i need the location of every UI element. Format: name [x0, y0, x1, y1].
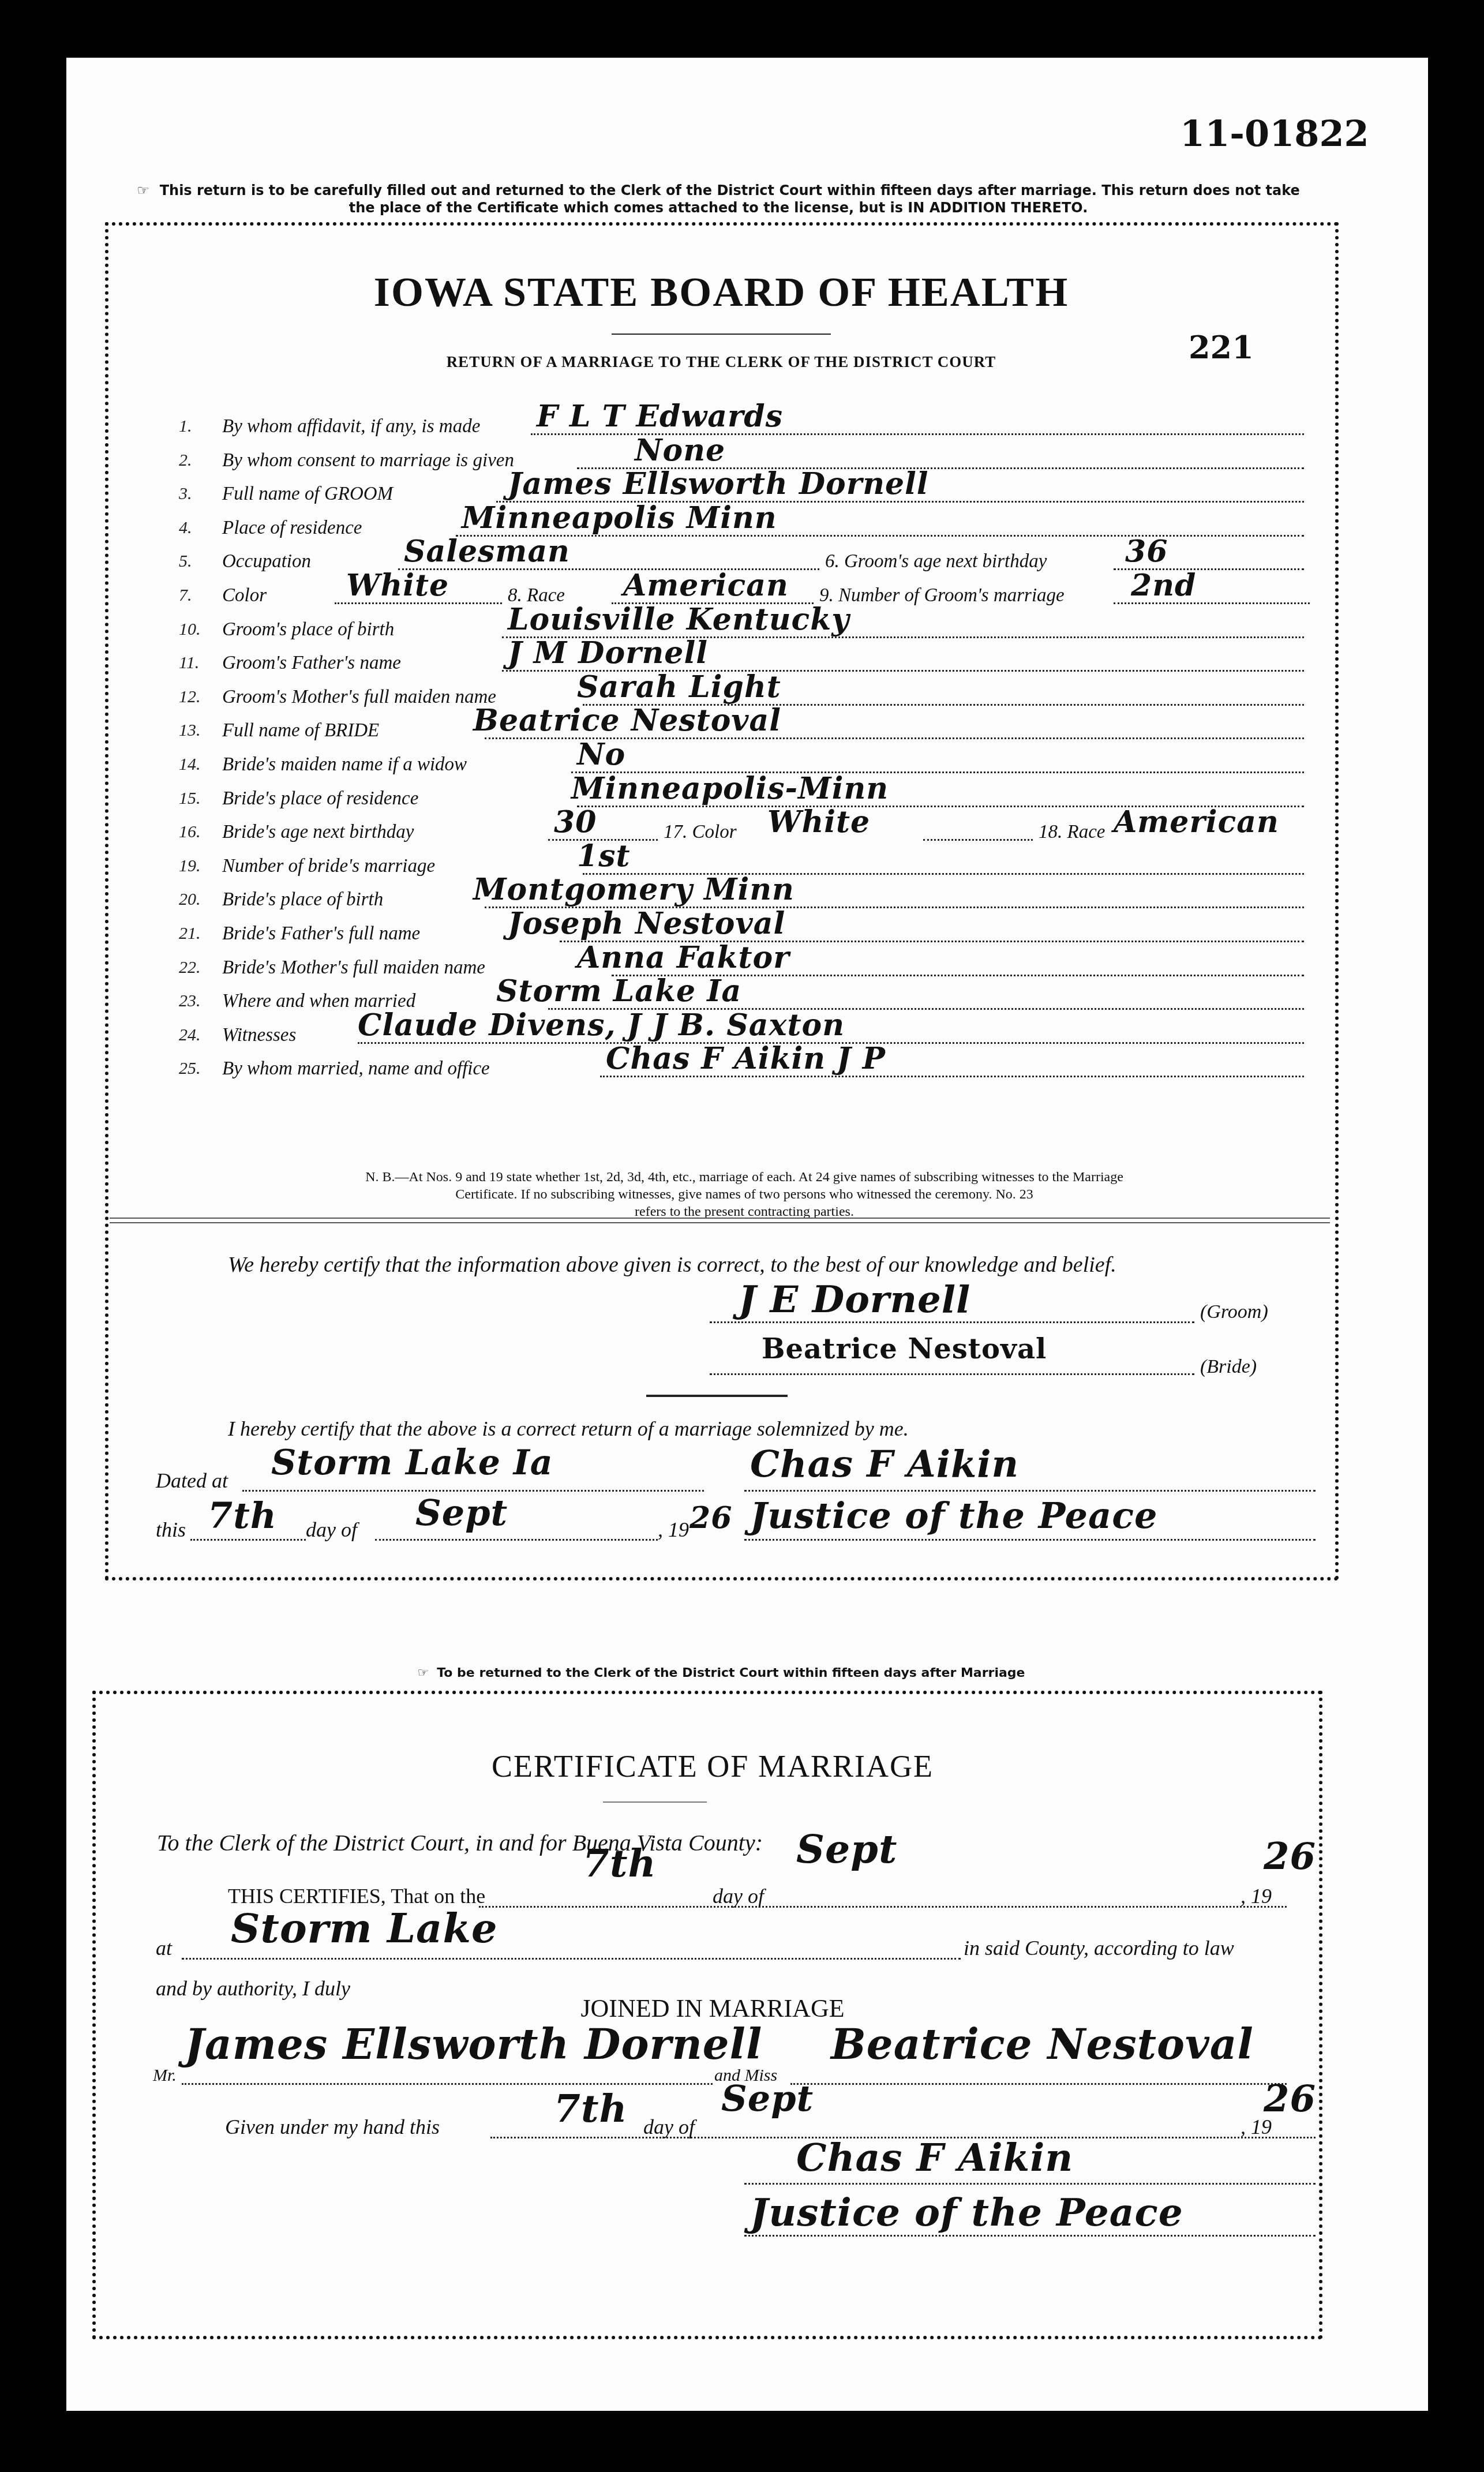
field-label: Place of residence	[222, 518, 362, 539]
bride-name-line	[790, 2083, 1287, 2085]
field-value: Minneapolis Minn	[462, 500, 777, 535]
certificate-place-value: Storm Lake	[231, 1904, 498, 1952]
dated-at-value: Storm Lake Ia	[271, 1443, 553, 1483]
certificate-officiant-signature: Chas F Aikin	[796, 2135, 1073, 2180]
pointing-hand-icon: ☞	[137, 182, 149, 198]
officiant-certification: I hereby certify that the above is a cor…	[228, 1417, 909, 1441]
given-month-value: Sept	[721, 2077, 814, 2119]
record-number: 221	[1189, 329, 1254, 366]
section-rule	[646, 1395, 788, 1397]
nb-divider-2	[110, 1222, 1330, 1223]
certificate-title-rule	[603, 1801, 707, 1803]
given-label: Given under my hand this	[225, 2115, 440, 2139]
day-value: 7th	[208, 1495, 277, 1537]
field-value: Joseph Nestoval	[508, 906, 785, 941]
field-label: Groom's place of birth	[222, 619, 394, 641]
certificate-officiant-title: Justice of the Peace	[750, 2190, 1183, 2235]
certificate-bride-name: Beatrice Nestoval	[831, 2020, 1254, 2069]
field-row: 25.By whom married, name and officeChas …	[179, 1051, 1310, 1084]
field-value: Beatrice Nestoval	[473, 703, 781, 738]
given-day-of-label: day of	[643, 2115, 695, 2139]
certificate-day-of-label: day of	[713, 1884, 764, 1908]
field-number: 14.	[179, 755, 219, 774]
at-label: at	[156, 1936, 172, 1960]
pointing-hand-icon: ☞	[418, 1666, 429, 1680]
field-number: 1.	[179, 417, 219, 436]
field-label: By whom affidavit, if any, is made	[222, 416, 480, 437]
field-number: 15.	[179, 789, 219, 808]
field-row: 13.Full name of BRIDEBeatrice Nestoval	[179, 713, 1310, 746]
field-number: 13.	[179, 721, 219, 740]
field-value: James Ellsworth Dornell	[508, 466, 929, 501]
month-line	[375, 1539, 658, 1541]
officiant-title-line	[744, 1539, 1316, 1541]
day-line	[190, 1539, 306, 1541]
field-label: Bride's age next birthday	[222, 822, 414, 843]
field-number: 25.	[179, 1059, 219, 1078]
dated-at-label: Dated at	[156, 1469, 228, 1493]
field-row: 1.By whom affidavit, if any, is madeF L …	[179, 409, 1310, 442]
nb-note: N. B.—At Nos. 9 and 19 state whether 1st…	[173, 1168, 1316, 1220]
given-day-value: 7th	[554, 2086, 627, 2131]
this-label: this	[156, 1518, 186, 1542]
officiant-title: Justice of the Peace	[750, 1495, 1157, 1537]
return-title: IOWA STATE BOARD OF HEALTH	[115, 268, 1327, 316]
field-value-secondary: American	[623, 568, 789, 603]
field-number: 12.	[179, 687, 219, 707]
officiant-signature: Chas F Aikin	[750, 1443, 1019, 1486]
groom-label: (Groom)	[1200, 1301, 1268, 1323]
field-label: Groom's Mother's full maiden name	[222, 687, 496, 708]
field-label: Witnesses	[222, 1025, 296, 1046]
certificate-year-prefix: , 19	[1241, 1884, 1272, 1908]
field-value: Anna Faktor	[577, 940, 790, 975]
field-number: 20.	[179, 890, 219, 909]
certifies-date-line	[479, 1906, 1287, 1908]
field-value: Louisville Kentucky	[508, 602, 849, 637]
mr-label: Mr.	[153, 2066, 177, 2085]
officiant-signature-line	[744, 1490, 1316, 1492]
field-number: 4.	[179, 518, 219, 538]
field-label: Bride's Mother's full maiden name	[222, 957, 485, 979]
certificate-officiant-title-line	[744, 2235, 1316, 2237]
field-label: Full name of BRIDE	[222, 720, 379, 741]
field-number: 21.	[179, 924, 219, 943]
groom-signature-line	[710, 1321, 1194, 1323]
field-value: White	[346, 568, 449, 603]
field-label: Occupation	[222, 551, 311, 572]
field-number: 19.	[179, 856, 219, 876]
return-subtitle: RETURN OF A MARRIAGE TO THE CLERK OF THE…	[115, 353, 1327, 371]
field-row: 16.Bride's age next birthday3017. ColorW…	[179, 814, 1310, 848]
field-value: 1st	[577, 838, 630, 874]
field-value: Minneapolis-Minn	[571, 771, 889, 806]
field-label: Bride's Father's full name	[222, 923, 420, 945]
field-label-tertiary: 9. Number of Groom's marriage	[819, 585, 1065, 606]
field-number: 5.	[179, 552, 219, 571]
field-label-secondary: 6. Groom's age next birthday	[825, 551, 1047, 572]
bride-signature-line	[710, 1373, 1194, 1375]
field-row: 10.Groom's place of birthLouisville Kent…	[179, 612, 1310, 645]
document-number: 11-01822	[1180, 113, 1369, 155]
year-value: 26	[689, 1500, 732, 1535]
certificate-month-value: Sept	[796, 1826, 897, 1872]
groom-signature: J E Dornell	[739, 1278, 970, 1321]
field-number: 22.	[179, 958, 219, 977]
field-value: No	[577, 737, 625, 772]
field-label-secondary: 17. Color	[664, 822, 737, 843]
field-label: Bride's maiden name if a widow	[222, 754, 467, 776]
field-value: Sarah Light	[577, 669, 781, 705]
nb-divider	[110, 1218, 1330, 1219]
field-number: 16.	[179, 822, 219, 842]
field-value: Salesman	[404, 534, 570, 569]
joined-label: JOINED IN MARRIAGE	[115, 1994, 1310, 2023]
field-value: Chas F Aikin J P	[606, 1041, 886, 1076]
month-value: Sept	[415, 1492, 508, 1534]
field-value: None	[635, 433, 725, 468]
certificate-address: To the Clerk of the District Court, in a…	[157, 1829, 763, 1856]
field-number: 3.	[179, 484, 219, 504]
field-number: 11.	[179, 653, 219, 673]
field-number: 7.	[179, 586, 219, 605]
field-value-secondary: White	[767, 804, 870, 840]
certificate-day-value: 7th	[583, 1841, 656, 1886]
field-value: Claude Divens, J J B. Saxton	[358, 1007, 845, 1043]
field-value-tertiary: American	[1114, 804, 1279, 840]
field-label-tertiary: 18. Race	[1039, 822, 1105, 843]
groom-name-line	[182, 2083, 713, 2085]
day-of-label: day of	[306, 1518, 357, 1542]
field-row: 22.Bride's Mother's full maiden nameAnna…	[179, 950, 1310, 983]
couple-certification: We hereby certify that the information a…	[228, 1252, 1116, 1278]
field-line	[923, 839, 1033, 841]
certificate-officiant-line	[744, 2183, 1316, 2185]
field-label: Groom's Father's name	[222, 653, 401, 674]
field-label: Bride's place of birth	[222, 889, 383, 911]
field-number: 24.	[179, 1025, 219, 1045]
field-value: J M Dornell	[508, 635, 708, 671]
field-value-tertiary: 2nd	[1131, 568, 1196, 603]
field-value: Storm Lake Ia	[496, 973, 741, 1009]
field-value: Montgomery Minn	[473, 872, 795, 907]
field-label: By whom consent to marriage is given	[222, 450, 514, 471]
title-rule	[612, 334, 831, 335]
field-number: 23.	[179, 991, 219, 1011]
top-notice: ☞This return is to be carefully filled o…	[98, 182, 1339, 216]
field-label: By whom married, name and office	[222, 1058, 490, 1080]
field-label: Color	[222, 585, 267, 606]
year-prefix: , 19	[658, 1518, 689, 1542]
field-label: Number of bride's marriage	[222, 856, 435, 877]
certificate-groom-name: James Ellsworth Dornell	[185, 2020, 762, 2069]
given-year-value: 26	[1264, 2077, 1316, 2121]
field-value: 30	[554, 804, 597, 840]
field-value: F L T Edwards	[537, 399, 783, 434]
certificate-year-value: 26	[1264, 1835, 1316, 1878]
field-value-secondary: 36	[1125, 534, 1168, 569]
certificate-title: CERTIFICATE OF MARRIAGE	[115, 1748, 1310, 1784]
field-label: Full name of GROOM	[222, 484, 393, 505]
place-line	[182, 1958, 961, 1960]
bride-label: (Bride)	[1200, 1356, 1257, 1378]
field-number: 2.	[179, 451, 219, 470]
field-label: Bride's place of residence	[222, 788, 418, 810]
bride-signature: Beatrice Nestoval	[762, 1333, 1047, 1365]
in-county-label: in said County, according to law	[964, 1936, 1234, 1960]
field-number: 10.	[179, 620, 219, 639]
divider-notice: ☞To be returned to the Clerk of the Dist…	[115, 1665, 1327, 1682]
